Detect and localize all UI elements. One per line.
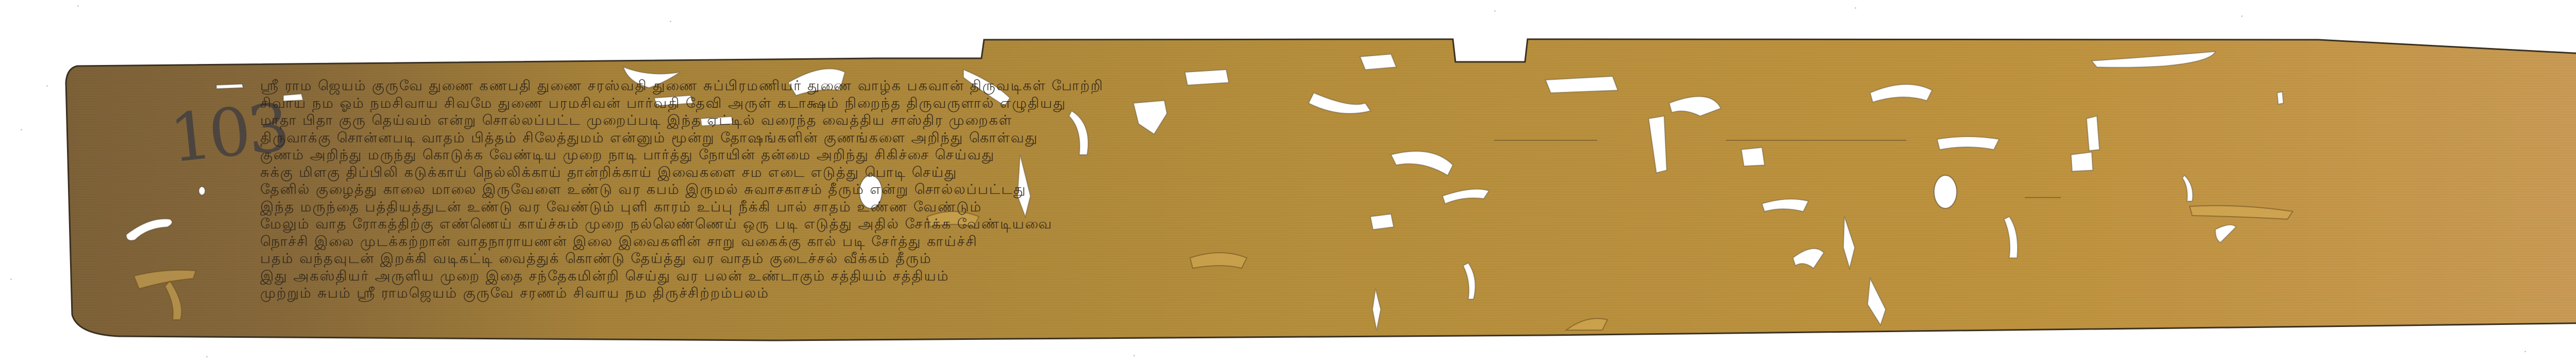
manuscript-page: 103 103 ஸ்ரீ ராம ஜெயம் குருவே துணை கணபதி… bbox=[0, 0, 2576, 360]
text-line: ஸ்ரீ ராம ஜெயம் குருவே துணை கணபதி துணை சர… bbox=[260, 77, 2576, 95]
text-line: பதம் வந்தவுடன் இறக்கி வடிகட்டி வைத்துக் … bbox=[260, 250, 2576, 268]
text-line: முற்றும் சுபம் ஸ்ரீ ராமஜெயம் குருவே சரணம… bbox=[260, 285, 2576, 302]
text-line: மேலும் வாத ரோகத்திற்கு எண்ணெய் காய்ச்சும… bbox=[260, 216, 2576, 233]
text-line: மாதா பிதா குரு தெய்வம் என்று சொல்லப்பட்ட… bbox=[260, 112, 2576, 129]
text-line: சிவாய நம ஓம் நமசிவாய சிவமே துணை பரமசிவன்… bbox=[260, 95, 2576, 112]
text-line: குணம் அறிந்து மருந்து கொடுக்க வேண்டிய மு… bbox=[260, 146, 2576, 164]
text-line: தேனில் குழைத்து காலை மாலை இருவேளை உண்டு … bbox=[260, 181, 2576, 199]
text-line: நொச்சி இலை முடக்கற்றான் வாதநாராயணன் இலை … bbox=[260, 233, 2576, 251]
text-line: திருவாக்கு சொன்னபடி வாதம் பித்தம் சிலேத்… bbox=[260, 129, 2576, 147]
text-line: இது அகஸ்தியர் அருளிய முறை இதை சந்தேகமின்… bbox=[260, 268, 2576, 285]
text-line: சுக்கு மிளகு திப்பிலி கடுக்காய் நெல்லிக்… bbox=[260, 164, 2576, 182]
text-line: இந்த மருந்தை பத்தியத்துடன் உண்டு வர வேண்… bbox=[260, 199, 2576, 216]
manuscript-text: ஸ்ரீ ராம ஜெயம் குருவே துணை கணபதி துணை சர… bbox=[260, 77, 2576, 309]
